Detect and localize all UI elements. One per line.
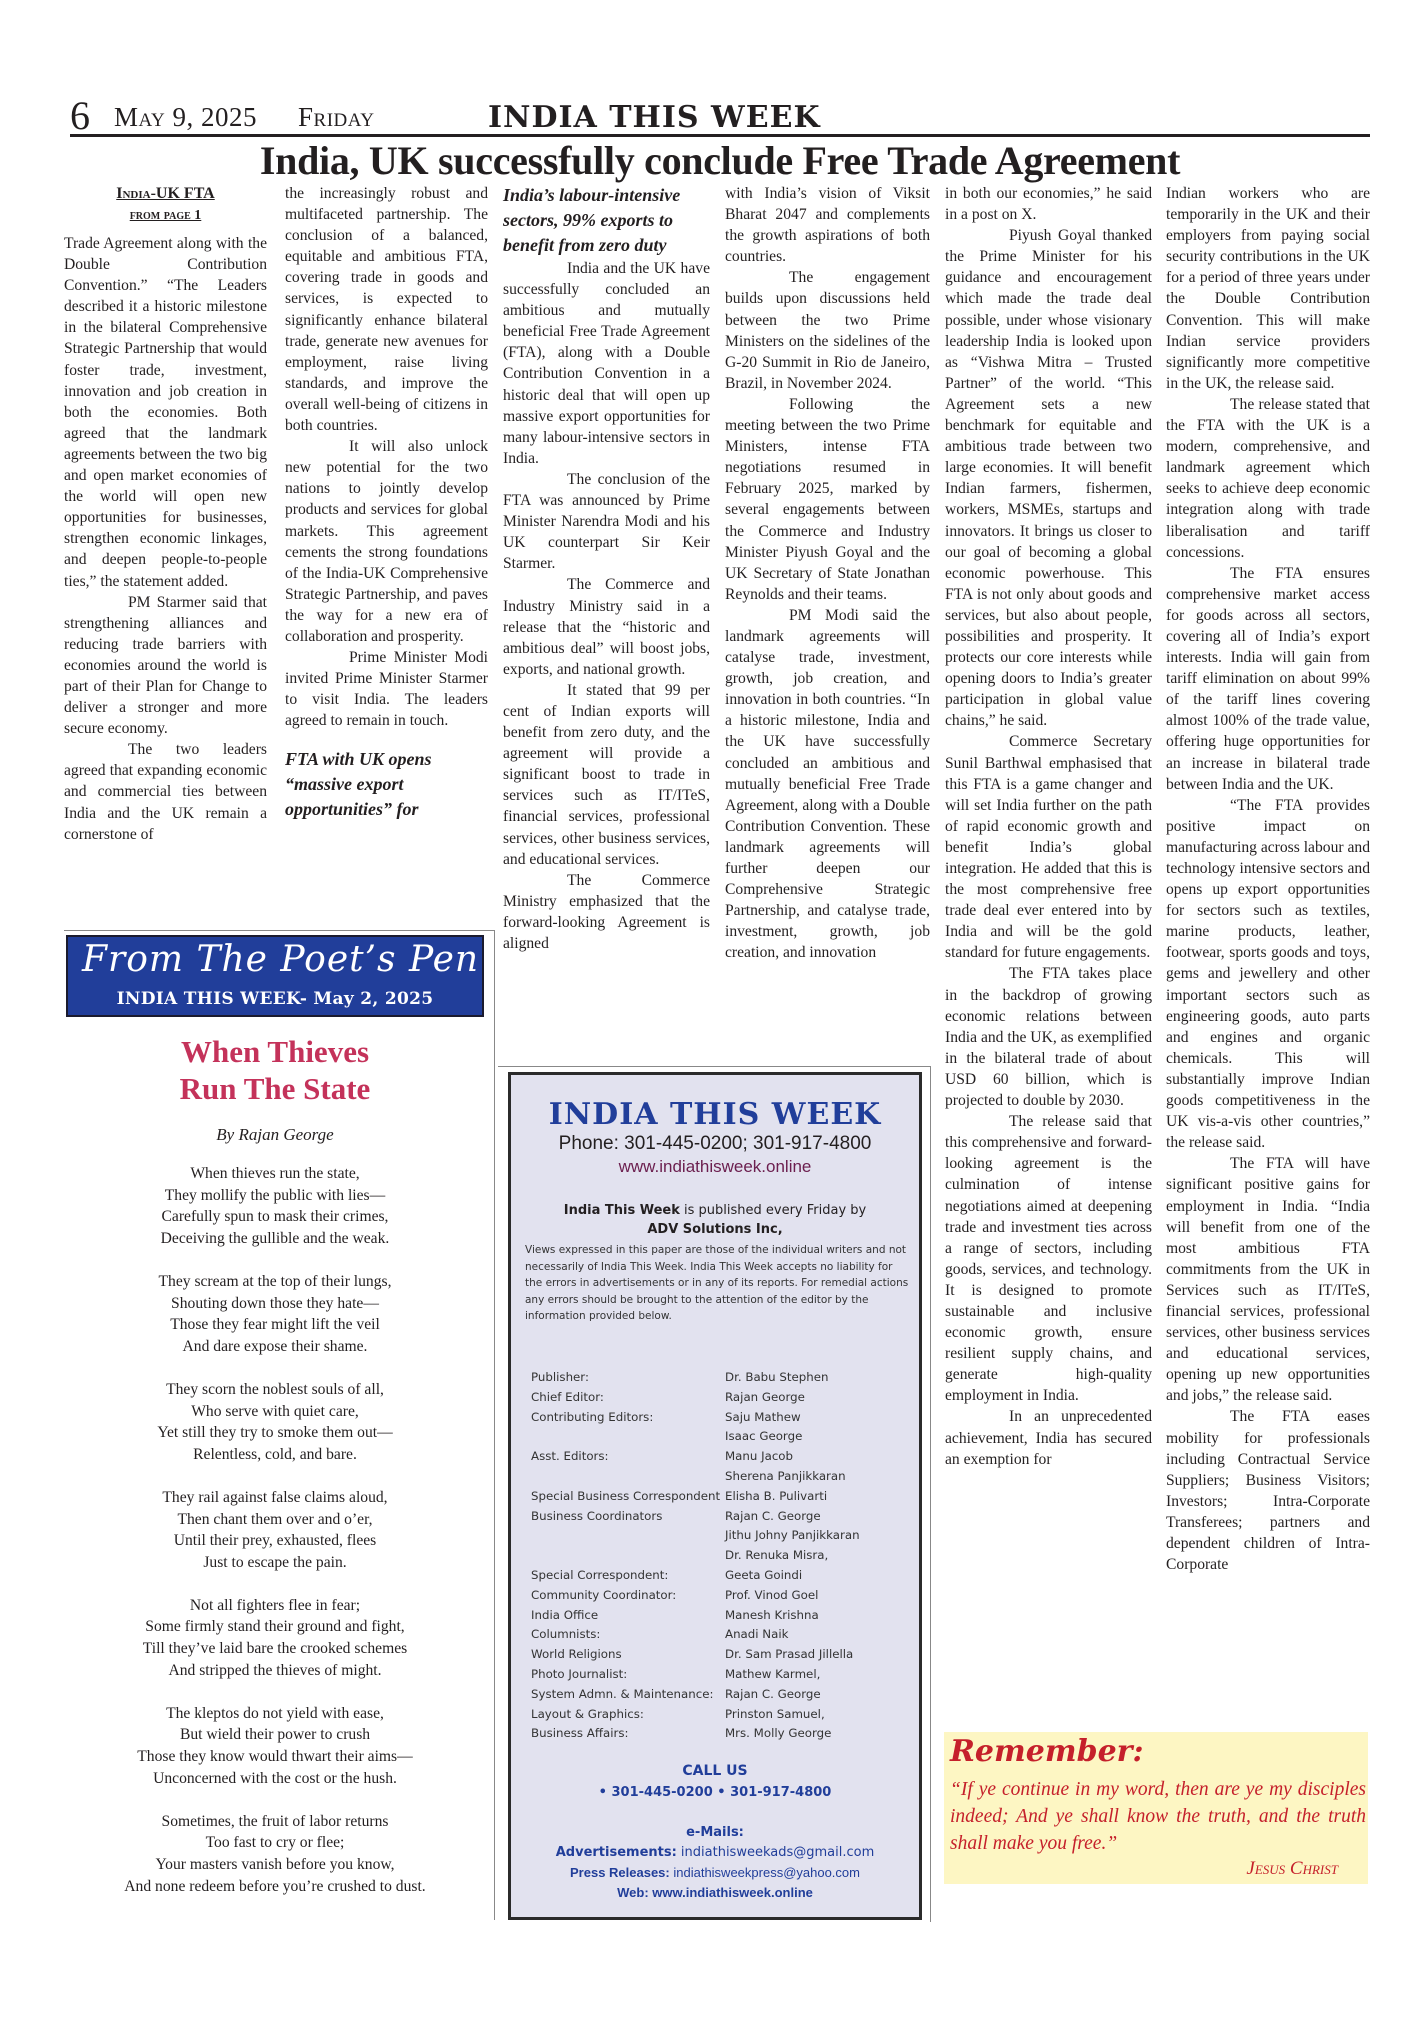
- paragraph: India and the UK have successfully concl…: [503, 258, 710, 469]
- poem-line: Some firmly stand their ground and fight…: [66, 1616, 484, 1638]
- poem-stanza: They rail against false claims aloud, Th…: [66, 1487, 484, 1573]
- staff-row: Asst. Editors:Manu Jacob: [531, 1447, 911, 1467]
- paragraph: with India’s vision of Viksit Bharat 204…: [725, 183, 930, 267]
- web-line: Web: www.indiathisweek.online: [511, 1883, 919, 1903]
- staff-row: Isaac George: [531, 1427, 911, 1447]
- poem-line: And dare expose their shame.: [66, 1336, 484, 1358]
- staff-row: Sherena Panjikkaran: [531, 1467, 911, 1487]
- published-text: is published every Friday by: [680, 1203, 866, 1218]
- staff-name: Sherena Panjikkaran: [725, 1467, 846, 1487]
- staff-role: Photo Journalist:: [531, 1665, 725, 1685]
- paragraph: In an unprecedented achievement, India h…: [945, 1406, 1152, 1469]
- issue-date: May 9, 2025: [114, 102, 257, 133]
- paragraph: Piyush Goyal thanked the Prime Minister …: [945, 225, 1152, 731]
- staff-name: Dr. Renuka Misra,: [725, 1546, 828, 1566]
- staff-name: Dr. Sam Prasad Jillella: [725, 1645, 853, 1665]
- page-number: 6: [70, 92, 90, 139]
- staff-name: Anadi Naik: [725, 1625, 788, 1645]
- paragraph: The FTA ensures comprehensive market acc…: [1166, 563, 1370, 795]
- poem-title-line: Run The State: [66, 1070, 484, 1107]
- article-column-5: in both our economies,” he said in a pos…: [945, 183, 1152, 1470]
- publisher-company: ADV Solutions Inc,: [511, 1222, 919, 1237]
- staff-name: Isaac George: [725, 1427, 802, 1447]
- emails-heading: e-Mails:: [511, 1823, 919, 1843]
- article-column-1: India-UK FTA from page 1 Trade Agreement…: [64, 183, 267, 845]
- staff-role: [531, 1427, 725, 1447]
- staff-role: World Religions: [531, 1645, 725, 1665]
- web-label: Web:: [617, 1885, 649, 1900]
- paragraph: The Commerce Ministry emphasized that th…: [503, 870, 710, 954]
- poem-title-line: When Thieves: [66, 1033, 484, 1070]
- paragraph: PM Starmer said that strengthening allia…: [64, 592, 267, 740]
- staff-role: Contributing Editors:: [531, 1408, 725, 1428]
- poem-stanza: They scorn the noblest souls of all, Who…: [66, 1379, 484, 1465]
- poem-line: Just to escape the pain.: [66, 1552, 484, 1574]
- article-kicker: India-UK FTA: [64, 183, 267, 205]
- poem-line: Yet still they try to smoke them out—: [66, 1422, 484, 1444]
- staff-name: Prof. Vinod Goel: [725, 1586, 818, 1606]
- remember-quote: “If ye continue in my word, then are ye …: [950, 1776, 1366, 1857]
- staff-role: Chief Editor:: [531, 1388, 725, 1408]
- poets-pen-subtitle: INDIA THIS WEEK- May 2, 2025: [68, 989, 482, 1009]
- staff-row: Jithu Johny Panjikkaran: [531, 1526, 911, 1546]
- article-subhead-continued: India’s labour-intensive sectors, 99% ex…: [503, 183, 710, 258]
- poem-line: Shouting down those they hate—: [66, 1293, 484, 1315]
- poem-line: Then chant them over and o’er,: [66, 1509, 484, 1531]
- staff-role: Publisher:: [531, 1368, 725, 1388]
- staff-role: System Admn. & Maintenance:: [531, 1685, 725, 1705]
- poem-line: They rail against false claims aloud,: [66, 1487, 484, 1509]
- press-email-link[interactable]: indiathisweekpress@yahoo.com: [670, 1865, 860, 1880]
- poem-line: They mollify the public with lies—: [66, 1185, 484, 1207]
- ads-email-label: Advertisements:: [556, 1845, 677, 1860]
- poem-line: Not all fighters flee in fear;: [66, 1595, 484, 1617]
- poem-line: And none redeem before you’re crushed to…: [66, 1876, 484, 1898]
- remember-attribution: Jesus Christ: [1246, 1858, 1338, 1880]
- staff-role: Community Coordinator:: [531, 1586, 725, 1606]
- poem-line: Those they fear might lift the veil: [66, 1314, 484, 1336]
- staff-role: Special Correspondent:: [531, 1566, 725, 1586]
- poem-line: The kleptos do not yield with ease,: [66, 1703, 484, 1725]
- staff-role: Business Coordinators: [531, 1507, 725, 1527]
- staff-row: Columnists:Anadi Naik: [531, 1625, 911, 1645]
- poem-stanza: Sometimes, the fruit of labor returns To…: [66, 1811, 484, 1897]
- poem-line: Your masters vanish before you know,: [66, 1854, 484, 1876]
- poem-stanza: When thieves run the state, They mollify…: [66, 1163, 484, 1249]
- paragraph: The conclusion of the FTA was announced …: [503, 469, 710, 574]
- paragraph: Trade Agreement along with the Double Co…: [64, 233, 267, 592]
- poem-stanza: The kleptos do not yield with ease, But …: [66, 1703, 484, 1789]
- staff-role: [531, 1467, 725, 1487]
- poets-pen-title: From The Poet’s Pen: [82, 939, 479, 980]
- poem-stanza: Not all fighters flee in fear; Some firm…: [66, 1595, 484, 1681]
- staff-row: Layout & Graphics:Prinston Samuel,: [531, 1705, 911, 1725]
- poem-line: Unconcerned with the cost or the hush.: [66, 1768, 484, 1790]
- article-column-6: Indian workers who are temporarily in th…: [1166, 183, 1370, 1575]
- paragraph: It stated that 99 per cent of Indian exp…: [503, 680, 710, 870]
- ads-email-link[interactable]: indiathisweekads@gmail.com: [677, 1845, 874, 1860]
- poem-line: Till they’ve laid bare the crooked schem…: [66, 1638, 484, 1660]
- staff-row: Special Business CorrespondentElisha B. …: [531, 1487, 911, 1507]
- staff-row: Chief Editor:Rajan George: [531, 1388, 911, 1408]
- press-email-label: Press Releases:: [570, 1865, 670, 1880]
- publication-name: India This Week: [564, 1203, 680, 1218]
- staff-name: Elisha B. Pulivarti: [725, 1487, 827, 1507]
- article-column-3: India’s labour-intensive sectors, 99% ex…: [503, 183, 710, 954]
- paragraph: “The FTA provides positive impact on man…: [1166, 795, 1370, 1154]
- infobox-title: INDIA THIS WEEK: [511, 1097, 919, 1132]
- infobox-website-link[interactable]: www.indiathisweek.online: [511, 1157, 919, 1177]
- paragraph: the increasingly robust and multifaceted…: [285, 183, 488, 436]
- staff-row: System Admn. & Maintenance:Rajan C. Geor…: [531, 1685, 911, 1705]
- paragraph: The release said that this comprehensive…: [945, 1111, 1152, 1406]
- staff-name: Saju Mathew: [725, 1408, 801, 1428]
- masthead: 6 May 9, 2025 Friday INDIA THIS WEEK: [70, 96, 1370, 136]
- paper-name: INDIA THIS WEEK: [488, 100, 821, 135]
- staff-name: Geeta Goindi: [725, 1566, 802, 1586]
- staff-row: Community Coordinator:Prof. Vinod Goel: [531, 1586, 911, 1606]
- staff-list: Publisher:Dr. Babu Stephen Chief Editor:…: [531, 1368, 911, 1744]
- staff-row: Special Correspondent:Geeta Goindi: [531, 1566, 911, 1586]
- staff-name: Jithu Johny Panjikkaran: [725, 1526, 860, 1546]
- poem-line: But wield their power to crush: [66, 1724, 484, 1746]
- staff-row: Business CoordinatorsRajan C. George: [531, 1507, 911, 1527]
- poem-line: Relentless, cold, and bare.: [66, 1444, 484, 1466]
- disclaimer: Views expressed in this paper are those …: [525, 1242, 911, 1325]
- paragraph: The FTA will have significant positive g…: [1166, 1153, 1370, 1406]
- email-list: e-Mails: Advertisements: indiathisweekad…: [511, 1823, 919, 1903]
- poem-body: When thieves run the state, They mollify…: [66, 1163, 484, 1919]
- article-headline: India, UK successfully conclude Free Tra…: [70, 138, 1370, 184]
- poem-author: By Rajan George: [66, 1125, 484, 1145]
- poem-line: Those they know would thwart their aims—: [66, 1746, 484, 1768]
- staff-row: Contributing Editors:Saju Mathew: [531, 1408, 911, 1428]
- poem-line: Too fast to cry or flee;: [66, 1832, 484, 1854]
- paragraph: Following the meeting between the two Pr…: [725, 394, 930, 605]
- staff-name: Rajan George: [725, 1388, 805, 1408]
- staff-row: Dr. Renuka Misra,: [531, 1546, 911, 1566]
- staff-row: Photo Journalist:Mathew Karmel,: [531, 1665, 911, 1685]
- poem-line: They scream at the top of their lungs,: [66, 1271, 484, 1293]
- staff-role: Columnists:: [531, 1625, 725, 1645]
- staff-name: Prinston Samuel,: [725, 1705, 825, 1725]
- staff-role: India Office: [531, 1606, 725, 1626]
- infobox-phone: Phone: 301-445-0200; 301-917-4800: [511, 1133, 919, 1155]
- staff-role: Special Business Correspondent: [531, 1487, 725, 1507]
- article-column-4: with India’s vision of Viksit Bharat 204…: [725, 183, 930, 963]
- staff-name: Rajan C. George: [725, 1685, 821, 1705]
- staff-role: [531, 1526, 725, 1546]
- ads-email-line: Advertisements: indiathisweekads@gmail.c…: [511, 1843, 919, 1863]
- staff-role: Layout & Graphics:: [531, 1705, 725, 1725]
- article-subhead: FTA with UK opens “massive export opport…: [285, 747, 488, 822]
- column-divider: [494, 930, 495, 1920]
- web-link[interactable]: www.indiathisweek.online: [649, 1885, 813, 1900]
- poem-line: When thieves run the state,: [66, 1163, 484, 1185]
- staff-row: Business Affairs:Mrs. Molly George: [531, 1724, 911, 1744]
- poem-stanza: They scream at the top of their lungs, S…: [66, 1271, 484, 1357]
- staff-name: Mrs. Molly George: [725, 1724, 831, 1744]
- staff-row: World ReligionsDr. Sam Prasad Jillella: [531, 1645, 911, 1665]
- poem-line: And stripped the thieves of might.: [66, 1660, 484, 1682]
- poem-line: Deceiving the gullible and the weak.: [66, 1228, 484, 1250]
- paragraph: It will also unlock new potential for th…: [285, 436, 488, 647]
- section-divider: [64, 930, 494, 931]
- paragraph: The release stated that the FTA with the…: [1166, 394, 1370, 563]
- column-divider: [930, 1066, 931, 1922]
- poem-title: When Thieves Run The State: [66, 1033, 484, 1107]
- poem-line: Sometimes, the fruit of labor returns: [66, 1811, 484, 1833]
- poem-line: Until their prey, exhausted, flees: [66, 1530, 484, 1552]
- staff-row: Publisher:Dr. Babu Stephen: [531, 1368, 911, 1388]
- staff-row: India OfficeManesh Krishna: [531, 1606, 911, 1626]
- staff-name: Mathew Karmel,: [725, 1665, 820, 1685]
- call-us-heading: CALL US: [511, 1763, 919, 1779]
- staff-name: Rajan C. George: [725, 1507, 821, 1527]
- paragraph: Indian workers who are temporarily in th…: [1166, 183, 1370, 394]
- paragraph: Prime Minister Modi invited Prime Minist…: [285, 647, 488, 731]
- article-column-2: the increasingly robust and multifaceted…: [285, 183, 488, 822]
- staff-name: Manu Jacob: [725, 1447, 793, 1467]
- paragraph: Commerce Secretary Sunil Barthwal emphas…: [945, 731, 1152, 963]
- continuation-note: from page 1: [64, 205, 267, 227]
- masthead-rule: [70, 134, 1370, 137]
- infobox-published-line: India This Week is published every Frida…: [511, 1203, 919, 1218]
- section-divider: [498, 1066, 930, 1067]
- remember-title: Remember:: [950, 1734, 1144, 1769]
- poem-line: Carefully spun to mask their crimes,: [66, 1206, 484, 1228]
- paragraph: The FTA takes place in the backdrop of g…: [945, 963, 1152, 1111]
- paragraph: The Commerce and Industry Ministry said …: [503, 574, 710, 679]
- staff-name: Dr. Babu Stephen: [725, 1368, 828, 1388]
- publication-info-box: INDIA THIS WEEK Phone: 301-445-0200; 301…: [508, 1072, 922, 1920]
- poem-line: They scorn the noblest souls of all,: [66, 1379, 484, 1401]
- paragraph: in both our economies,” he said in a pos…: [945, 183, 1152, 225]
- paragraph: The engagement builds upon discussions h…: [725, 267, 930, 394]
- poem-line: Who serve with quiet care,: [66, 1401, 484, 1423]
- staff-role: Business Affairs:: [531, 1724, 725, 1744]
- issue-day: Friday: [298, 102, 374, 133]
- paragraph: The two leaders agreed that expanding ec…: [64, 739, 267, 844]
- remember-quote-box: Remember: “If ye continue in my word, th…: [944, 1732, 1368, 1884]
- staff-name: Manesh Krishna: [725, 1606, 819, 1626]
- poets-pen-banner: From The Poet’s Pen INDIA THIS WEEK- May…: [66, 935, 484, 1017]
- paragraph: PM Modi said the landmark agreements wil…: [725, 605, 930, 964]
- press-email-line: Press Releases: indiathisweekpress@yahoo…: [511, 1863, 919, 1883]
- paragraph: The FTA eases mobility for professionals…: [1166, 1406, 1370, 1575]
- staff-role: Asst. Editors:: [531, 1447, 725, 1467]
- staff-role: [531, 1546, 725, 1566]
- call-us-numbers: • 301-445-0200 • 301-917-4800: [511, 1785, 919, 1800]
